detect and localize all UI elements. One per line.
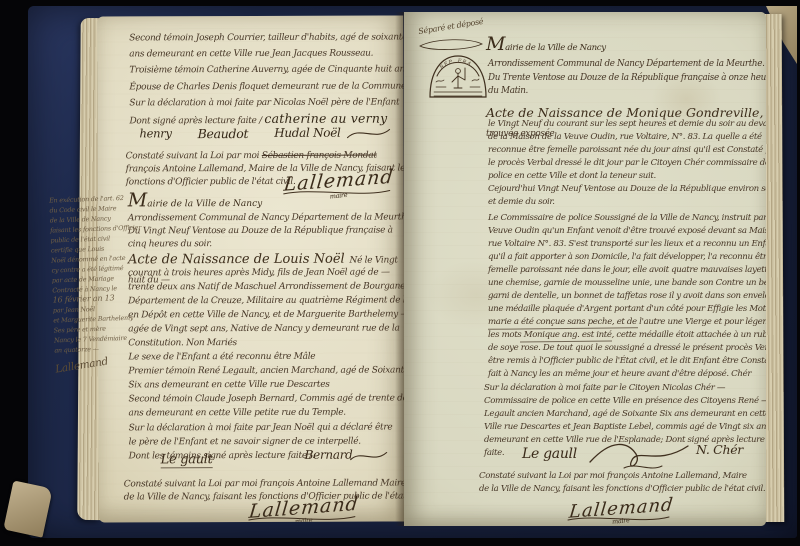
manuscript-line: Veuve Oudin qu'un Enfant venoit d'être t…	[488, 225, 766, 238]
signature-beaudot: Beaudot	[198, 126, 249, 141]
manuscript-line: fait à Nancy les an même jour et heure a…	[488, 368, 766, 381]
manuscript-line: qu'il a fait apporter à son Domicile, l'…	[488, 251, 766, 264]
commissaire-signature: N. Chér	[696, 442, 743, 457]
acte-body: courant à trois heures après Midy, fils …	[128, 265, 405, 463]
manuscript-line: agée de Vingt sept ans, Native de Nancy …	[128, 322, 405, 337]
manuscript-line: trente deux ans Natif de Maschuel Arrond…	[128, 279, 405, 294]
signature-hudal-noel: Hudal Noël	[274, 126, 340, 141]
manuscript-line: Du Vingt Neuf Ventose au Douze de la Rép…	[128, 224, 405, 238]
mairie-title: Mairie de la Ville de Nancy	[128, 192, 262, 213]
manuscript-line: Premier témoin René Legault, ancien Marc…	[128, 364, 405, 379]
manuscript-line: reconnue être femelle paroissant née du …	[488, 144, 766, 157]
manuscript-line: Cejourd'hui Vingt Neuf Ventose au Douze …	[488, 183, 766, 196]
manuscript-line: et demie du soir.	[488, 196, 766, 209]
manuscript-line: Épouse de Charles Denis floquet demeuran…	[129, 78, 405, 95]
register-scan: Second témoin Joseph Courrier, tailleur …	[0, 0, 800, 546]
signature-henry: henry	[140, 126, 172, 141]
manuscript-line: ans demeurant en cette Ville petite rue …	[128, 406, 404, 421]
manuscript-line: Département de la Creuze, Militaire au q…	[128, 293, 405, 308]
manuscript-line: Arrondissement Communal de Nancy Départe…	[488, 58, 766, 72]
manuscript-line: en Dépôt en cette Ville de Nancy, et de …	[128, 308, 405, 323]
manuscript-line: femelle paroissant née dans le jour, ell…	[488, 264, 766, 277]
manuscript-line: Le Commissaire de police Soussigné de la…	[488, 212, 766, 225]
manuscript-line: Constaté suivant la Loi par moi Sébastie…	[126, 149, 405, 163]
manuscript-line: Constaté suivant la Loi par moi françois…	[124, 477, 405, 491]
signature-flourish	[349, 448, 389, 466]
manuscript-line: du Matin.	[488, 85, 766, 99]
manuscript-line: Six ans demeurant en cette Ville rue Des…	[128, 378, 404, 393]
signature-flourish	[282, 188, 392, 198]
witness-paragraph: Second témoin Joseph Courrier, tailleur …	[129, 29, 405, 129]
manuscript-line: Second témoin Claude Joseph Bernard, Com…	[128, 392, 404, 407]
manuscript-line: Commissaire de police en cette Ville en …	[484, 395, 766, 408]
signature-flourish	[247, 514, 357, 523]
manuscript-line: une chemise, garnie de mousseline unie, …	[488, 277, 766, 290]
annotation-flourish	[416, 36, 486, 52]
struck-name: Sébastien françois Mondat	[262, 151, 377, 161]
witness-signature-legault: Le gaull	[522, 446, 577, 462]
manuscript-line: rue Voltaire N°. 83. S'est transporté su…	[488, 238, 766, 251]
manuscript-line: Le sexe de l'Enfant a été reconnu être M…	[128, 350, 405, 365]
manuscript-line: Legault ancien Marchand, agé de Soixante…	[484, 408, 766, 421]
manuscript-line: Constaté suivant la Loi par moi françois…	[479, 470, 765, 483]
manuscript-line: de la Maison de la Veuve Oudin, rue Volt…	[488, 131, 766, 144]
left-page: Second témoin Joseph Courrier, tailleur …	[97, 15, 405, 522]
witness-signature-legault: Le gault	[161, 452, 213, 468]
manuscript-line: Arrondissement Communal de Nancy Départe…	[128, 211, 405, 225]
mairie-header-lines: Arrondissement Communal de Nancy Départe…	[128, 211, 405, 251]
manuscript-line: garni de dentelle, un bonnet de taffetas…	[488, 290, 766, 303]
manuscript-line: le Vingt Neuf du courant sur les sept he…	[488, 118, 766, 131]
manuscript-line: Du Trente Ventose au Douze de la Républi…	[488, 72, 766, 86]
manuscript-line: Sur la déclaration à moi faite par le Ci…	[484, 382, 766, 395]
mairie-header: Mairie de la Ville de Nancy	[486, 38, 606, 55]
manuscript-line: être remis à l'Officier public de l'État…	[488, 355, 766, 368]
manuscript-line-text: Constaté suivant la Loi par moi	[126, 151, 262, 161]
marginal-annotation: Séparé et déposé	[418, 17, 484, 36]
manuscript-line: le procès Verbal dressé le dit jour par …	[488, 157, 766, 170]
manuscript-line: Constitution. Non Mariés	[128, 336, 405, 351]
mairie-header-lines: Arrondissement Communal de Nancy Départe…	[488, 58, 766, 99]
signature-flourish	[566, 514, 671, 524]
manuscript-line: ans demeurant en cette Ville rue Jean Ja…	[129, 46, 405, 63]
witness-signature-bernard: Bernard	[305, 448, 353, 462]
manuscript-line: Sur la déclaration à moi faite par Jean …	[129, 420, 405, 435]
mairie-header: Mairie de la Ville de Nancy	[128, 192, 262, 213]
manuscript-line: Sur la déclaration à moi faite par Nicol…	[129, 94, 404, 111]
manuscript-line: Troisième témoin Catherine Auverny, agée…	[129, 62, 405, 79]
right-page: Séparé et déposé RÉP. FRA. Mairie de la …	[404, 12, 766, 526]
manuscript-line: de la Ville de Nancy, faisant les foncti…	[479, 483, 765, 496]
signature-flourish	[345, 124, 391, 144]
margin-note-legitimation: En exécution de l'art. 62 du Code civil …	[49, 193, 141, 371]
acte-body: le Vingt Neuf du courant sur les sept he…	[488, 118, 766, 209]
proces-verbal: Le Commissaire de police Soussigné de la…	[488, 212, 766, 381]
manuscript-line: de soye rose. De tout quoi le soussigné …	[488, 342, 766, 355]
witness-signature-row: henry Beaudot Hudal Noël	[140, 126, 341, 142]
manuscript-line: courant à trois heures après Midy, fils …	[128, 265, 405, 280]
illegible-signature-flourish	[584, 432, 694, 474]
manuscript-line-text: Dont signé après lecture faite /	[129, 116, 261, 126]
manuscript-line: police en cette Ville et dont la teneur …	[488, 170, 766, 183]
republic-seal-stamp: RÉP. FRA.	[428, 52, 488, 100]
manuscript-line: Second témoin Joseph Courrier, tailleur …	[129, 29, 405, 46]
mairie-title: Mairie de la Ville de Nancy	[486, 38, 606, 55]
manuscript-line: une médaille plaquée d'Argent portant d'…	[488, 303, 766, 316]
closing-statement: Constaté suivant la Loi par moi françois…	[479, 470, 765, 496]
